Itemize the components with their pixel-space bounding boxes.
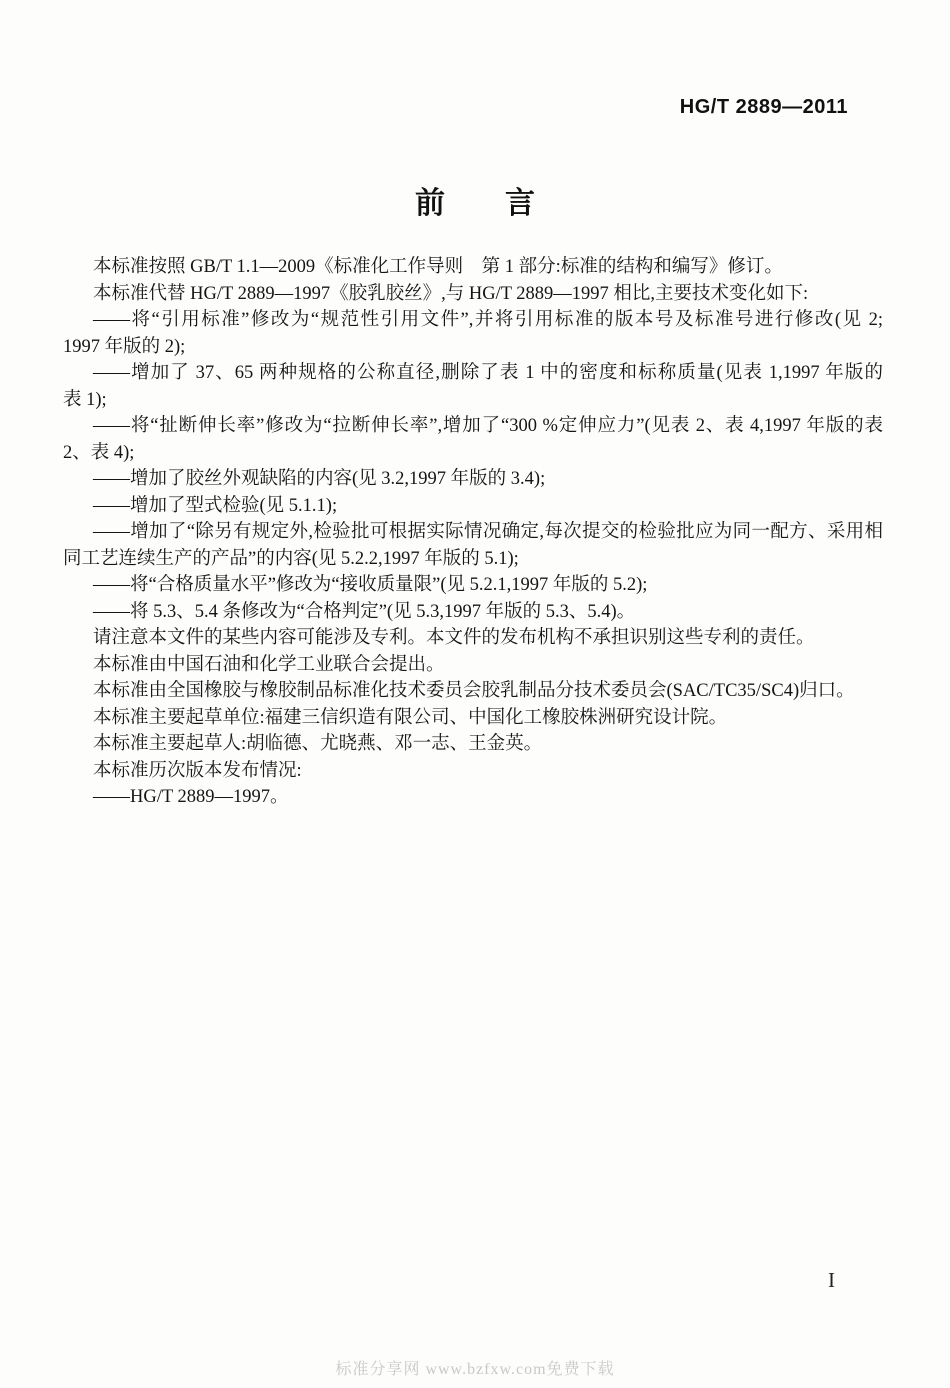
scanned-standard-page: HG/T 2889—2011 前 言 本标准按照 GB/T 1.1—2009《标… — [0, 0, 950, 1388]
foreword-line-16: 本标准由中国石油和化学工业联合会提出。 — [63, 652, 883, 679]
page-number: I — [828, 1268, 835, 1293]
standard-number: HG/T 2889—2011 — [680, 96, 848, 119]
foreword-line-9: ——增加了胶丝外观缺陷的内容(见 3.2,1997 年版的 3.4); — [63, 466, 883, 493]
foreword-title: 前 言 — [0, 178, 950, 222]
foreword-line-1: 本标准按照 GB/T 1.1—2009《标准化工作导则 第 1 部分:标准的结构… — [63, 254, 883, 281]
foreword-line-19: 本标准主要起草人:胡临德、尤晓燕、邓一志、王金英。 — [63, 731, 883, 758]
foreword-line-7: ——将“扯断伸长率”修改为“拉断伸长率”,增加了“300 %定伸应力”(见表 2… — [63, 413, 883, 440]
foreword-line-13: ——将“合格质量水平”修改为“接收质量限”(见 5.2.1,1997 年版的 5… — [63, 572, 883, 599]
foreword-line-5: ——增加了 37、65 两种规格的公称直径,删除了表 1 中的密度和标称质量(见… — [63, 360, 883, 387]
watermark-text: 标准分享网 www.bzfxw.com免费下载 — [0, 1356, 950, 1379]
foreword-line-20: 本标准历次版本发布情况: — [63, 758, 883, 785]
foreword-line-15: 请注意本文件的某些内容可能涉及专利。本文件的发布机构不承担识别这些专利的责任。 — [63, 625, 883, 652]
foreword-line-12: 同工艺连续生产的产品”的内容(见 5.2.2,1997 年版的 5.1); — [63, 546, 883, 573]
foreword-line-4: 1997 年版的 2); — [63, 334, 883, 361]
foreword-line-21: ——HG/T 2889—1997。 — [63, 784, 883, 811]
foreword-line-6: 表 1); — [63, 387, 883, 414]
foreword-line-14: ——将 5.3、5.4 条修改为“合格判定”(见 5.3,1997 年版的 5.… — [63, 599, 883, 626]
foreword-line-3: ——将“引用标准”修改为“规范性引用文件”,并将引用标准的版本号及标准号进行修改… — [63, 307, 883, 334]
foreword-line-17: 本标准由全国橡胶与橡胶制品标准化技术委员会胶乳制品分技术委员会(SAC/TC35… — [63, 678, 883, 705]
foreword-line-8: 2、表 4); — [63, 440, 883, 467]
foreword-line-2: 本标准代替 HG/T 2889—1997《胶乳胶丝》,与 HG/T 2889—1… — [63, 281, 883, 308]
foreword-line-11: ——增加了“除另有规定外,检验批可根据实际情况确定,每次提交的检验批应为同一配方… — [63, 519, 883, 546]
foreword-body: 本标准按照 GB/T 1.1—2009《标准化工作导则 第 1 部分:标准的结构… — [63, 254, 883, 811]
foreword-line-10: ——增加了型式检验(见 5.1.1); — [63, 493, 883, 520]
foreword-line-18: 本标准主要起草单位:福建三信织造有限公司、中国化工橡胶株洲研究设计院。 — [63, 705, 883, 732]
